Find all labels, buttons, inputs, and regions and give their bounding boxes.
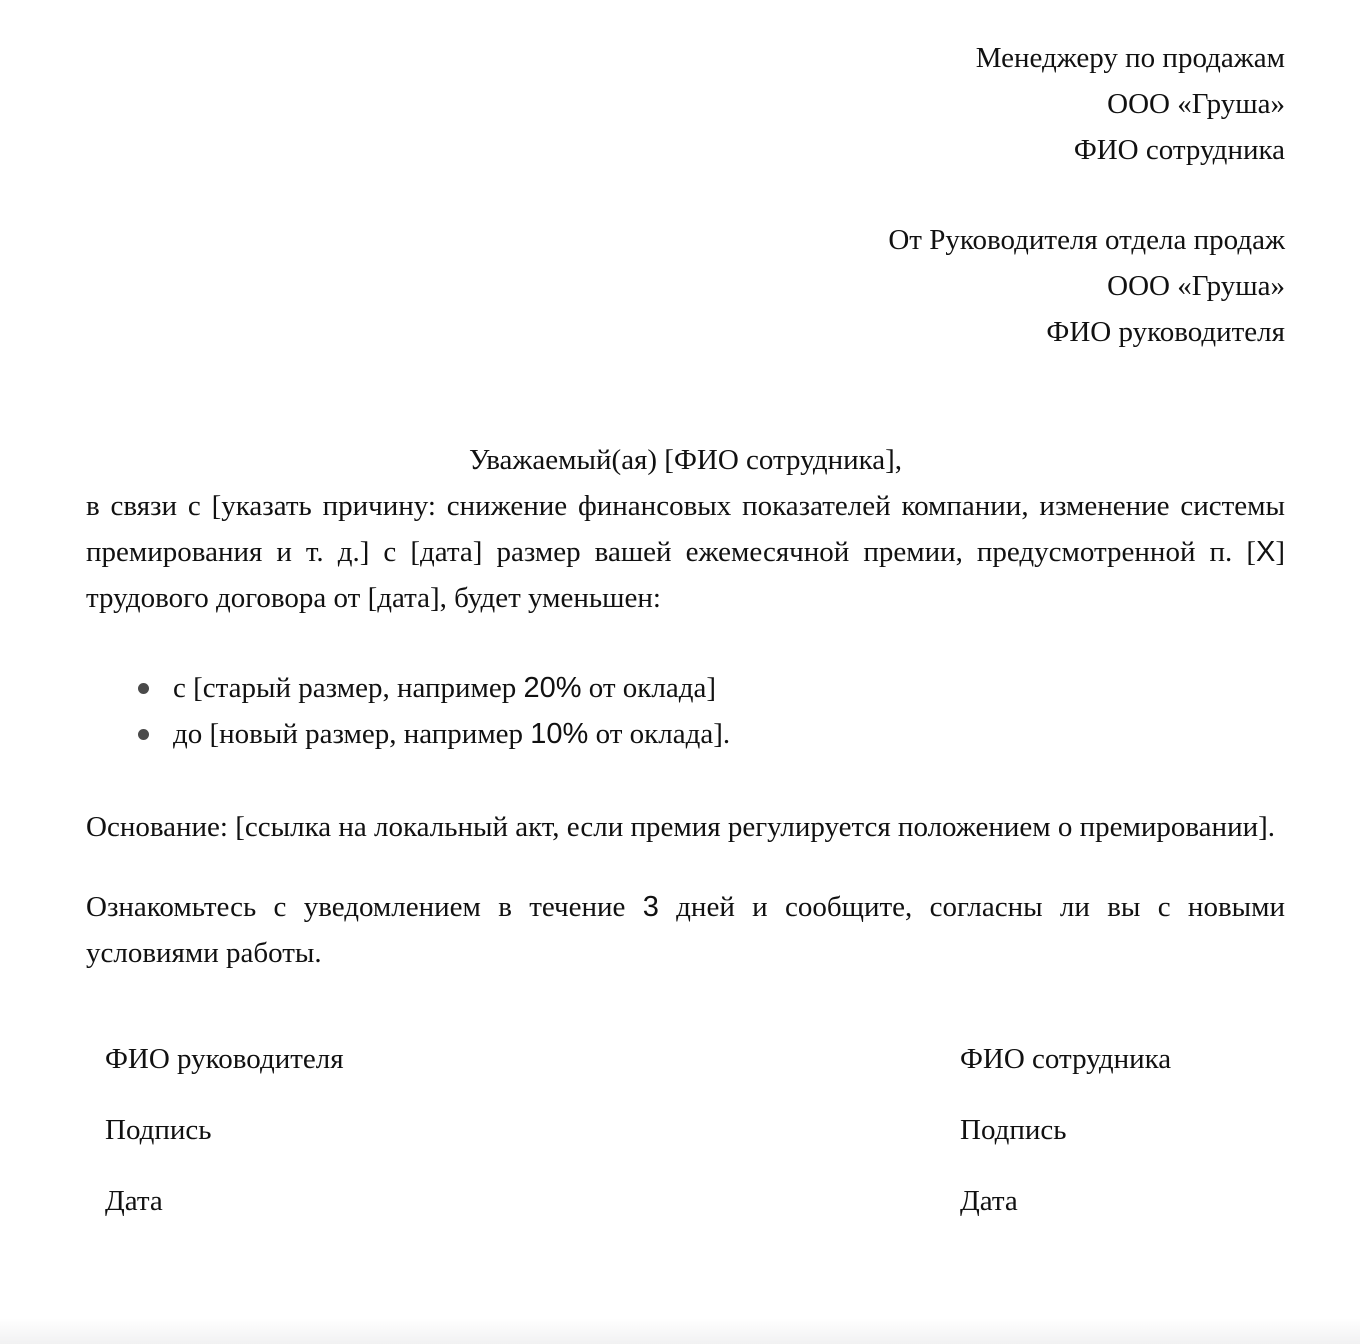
sender-line-company: ООО «Груша» xyxy=(86,263,1285,309)
sender-block: От Руководителя отдела продаж ООО «Груша… xyxy=(86,217,1285,355)
bullet-icon xyxy=(138,729,149,740)
salutation: Уважаемый(ая) [ФИО сотрудника], xyxy=(86,437,1285,483)
signature-block-manager: ФИО руководителя Подпись Дата xyxy=(105,1036,344,1249)
signature-name: ФИО руководителя xyxy=(105,1036,344,1082)
basis-paragraph: Основание: [ссылка на локальный акт, есл… xyxy=(86,804,1285,850)
page-bottom-edge xyxy=(0,1318,1360,1344)
document-page: Менеджеру по продажам ООО «Груша» ФИО со… xyxy=(0,0,1360,1344)
signature-label: Подпись xyxy=(960,1107,1171,1153)
recipient-line-position: Менеджеру по продажам xyxy=(86,35,1285,81)
recipient-block: Менеджеру по продажам ООО «Груша» ФИО со… xyxy=(86,35,1285,173)
date-label: Дата xyxy=(960,1178,1171,1224)
signature-block-employee: ФИО сотрудника Подпись Дата xyxy=(960,1036,1171,1249)
sender-line-position: От Руководителя отдела продаж xyxy=(86,217,1285,263)
document-content: Менеджеру по продажам ООО «Груша» ФИО со… xyxy=(0,0,1360,1236)
signature-section: ФИО руководителя Подпись Дата ФИО сотруд… xyxy=(86,1036,1285,1236)
recipient-line-name: ФИО сотрудника xyxy=(86,127,1285,173)
bullet-icon xyxy=(138,683,149,694)
list-item-new-size: до [новый размер, например 10% от оклада… xyxy=(86,711,1285,757)
instruction-paragraph: Ознакомьтесь с уведомлением в течение 3 … xyxy=(86,884,1285,976)
premium-change-list: с [старый размер, например 20% от оклада… xyxy=(86,665,1285,757)
signature-label: Подпись xyxy=(105,1107,344,1153)
recipient-line-company: ООО «Груша» xyxy=(86,81,1285,127)
list-item-old-size: с [старый размер, например 20% от оклада… xyxy=(86,665,1285,711)
signature-name: ФИО сотрудника xyxy=(960,1036,1171,1082)
sender-line-name: ФИО руководителя xyxy=(86,309,1285,355)
intro-paragraph: в связи с [указать причину: снижение фин… xyxy=(86,483,1285,621)
date-label: Дата xyxy=(105,1178,344,1224)
